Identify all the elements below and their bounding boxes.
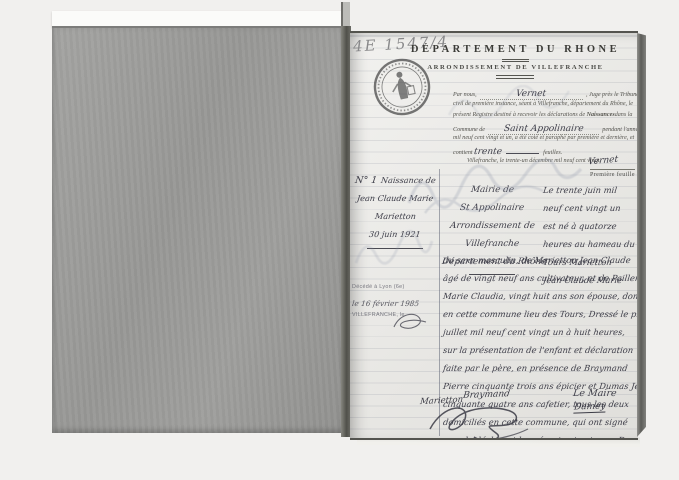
preamble-text: pendant l'année [602,127,638,133]
official-seal-icon [364,51,439,123]
preamble-text: dans la [615,112,633,118]
ink-bleed-mark [352,229,436,273]
scanned-register-view: 4E 1547/4 DÉPARTEMENT DU RHONE ARRONDISS… [0,0,679,480]
mairie-line: Arrondissement de [449,220,535,232]
sheet-count-handwritten: trente [474,147,503,157]
act-intro-line: est né à quatorze [542,221,617,233]
preamble-text: Commune de [453,127,485,133]
act-number: N° 1 [354,175,377,186]
act-body-line: sur la présentation de l'enfant et décla… [442,345,634,357]
arrondissement-subtitle: ARRONDISSEMENT DE VILLEFRANCHE [408,64,623,71]
act-body-line: âgé de vingt neuf ans cultivateur, et de… [442,273,638,285]
mayor-title: Le Maire [572,388,617,399]
act-body-line: en cette commune lieu des Tours, Dressé … [442,309,638,321]
subtitle-rule [496,75,534,79]
signature-flourish-icon [422,399,534,440]
act-body-line: du sexe masculin, de Marietton Jean Clau… [442,255,631,267]
act-body-line: juillet mil neuf cent vingt un à huit he… [442,327,625,339]
ink-bleed-mark [405,159,587,217]
department-title: DÉPARTEMENT DU RHONE [408,44,623,55]
signature-mayor: Damey [573,401,606,413]
register-page: 4E 1547/4 DÉPARTEMENT DU RHONE ARRONDISS… [350,31,638,440]
preamble-text: , Juge près le Tribunal [586,92,638,98]
preamble-text: contient [453,150,473,156]
handwritten-dash [506,153,539,154]
spine-top-notch [341,2,350,27]
preamble-text: feuilles. [543,150,562,156]
act-body-line: faite par le père, en présence de Brayma… [442,363,628,375]
death-mention-line: Décédé à Lyon (6e) [352,283,438,293]
ink-bleed-mark [445,85,575,127]
paraph-squiggle-icon [390,309,434,335]
title-rule [502,59,529,63]
book-cover [52,26,342,433]
first-sheet-label: Première feuille [590,169,635,178]
preamble-line: mil neuf cent vingt et un, a été coté et… [453,135,638,147]
page-edge-shadow [637,33,646,437]
act-body-line: Marie Claudia, vingt huit ans son épouse… [442,291,638,303]
act-intro-line: heures au hameau du [542,239,635,251]
preamble-text: mil neuf cent vingt et un, a été coté et… [453,135,634,141]
death-mention-line: le 16 février 1985 [351,299,419,309]
naissances-label: Naissances [587,112,615,118]
mairie-line: Villefranche [464,238,520,250]
